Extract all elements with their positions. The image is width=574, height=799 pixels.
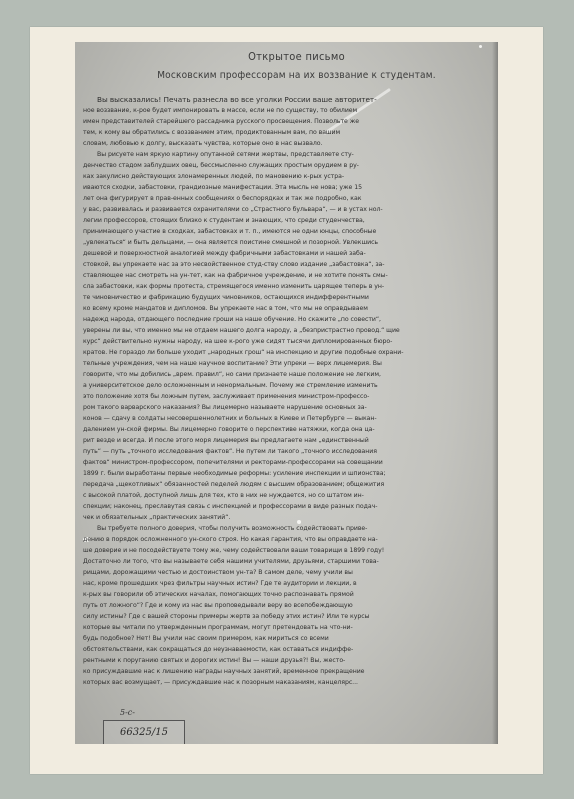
letter-line: далением ун-ской фирмы. Вы лицемерно гов… [83,424,493,435]
letter-line: Вы требуете полного доверия, чтобы получ… [83,523,493,534]
letter-line: к-рых вы говорили об этических началах, … [83,589,493,600]
document-subtitle: Московским профессорам на их воззвание к… [75,70,498,81]
letter-line: чек и обязательных „практических занятий… [83,512,493,523]
letter-line: Вы рисуете нам яркую картину опутанной с… [83,149,493,160]
letter-line: у вас, развивалась и развивается охранит… [83,204,493,215]
letter-line: ставляющее нас смотреть на ун-тет, как н… [83,270,493,281]
letter-line: которые вы читали по утвержденным програ… [83,622,493,633]
letter-line: словам, любовью к долгу, высказать чувст… [83,138,493,149]
letter-line: ше доверие и не посодействуете тому же, … [83,545,493,556]
letter-line: тем, к кому вы обратились с воззванием э… [83,127,493,138]
letter-line: легии профессоров, стоящих близко к студ… [83,215,493,226]
dust-speck [479,45,482,48]
letter-line: спекции; наконец, преславутая связь с ин… [83,501,493,512]
letter-line: обстоятельствами, как сокращаться до неу… [83,644,493,655]
letter-line: Достаточно ли того, что вы называете себ… [83,556,493,567]
letter-line: будь подобное? Нет! Вы учили нас своим п… [83,633,493,644]
letter-line: передача „щекотливых“ обязанностей педел… [83,479,493,490]
letter-line: денчество стадом заблудших овец, бессмыс… [83,160,493,171]
letter-line: силу истины? Где с вашей стороны примеры… [83,611,493,622]
letter-line: Вы высказались! Печать разнесла во все у… [83,94,493,105]
letter-line: это положение хотя бы ложным путем, засл… [83,391,493,402]
letter-line: рентными к поруганию святых и дорогих ис… [83,655,493,666]
letter-line: надежд народа, отдающего последние гроши… [83,314,493,325]
letter-line: рищами, дорожащими честью и достоинством… [83,567,493,578]
letter-line: путь от ложного“? Где и кому из нас вы п… [83,600,493,611]
letter-line: „увлекаться“ и быть дельцами, — она явля… [83,237,493,248]
letter-line: ром такого варварского наказания? Вы лиц… [83,402,493,413]
letter-line: фактов“ министром-профессором, попечител… [83,457,493,468]
archive-mark: 5-с- [120,708,135,717]
letter-line: ное воззвание, к-рое будет импонировать … [83,105,493,116]
letter-line: путь“ — путь „точного исследования факто… [83,446,493,457]
letter-line: тельные учреждения, чем на наше научное … [83,358,493,369]
letter-line: а университетское дело осложненным и нен… [83,380,493,391]
letter-line: которых вас возмущает, — присуждавшие на… [83,677,493,688]
document-photo: Открытое письмо Московским профессорам н… [75,42,498,744]
letter-line: рит везде и всегда. И после этого моря л… [83,435,493,446]
letter-line: курс“ действительно нужны народу, на шее… [83,336,493,347]
letter-line: конов — сдачу в солдаты несовершеннолетн… [83,413,493,424]
letter-line: ко всему кроме мандатов и дипломов. Вы у… [83,303,493,314]
letter-line: дению в порядок осложненного ун-ского ст… [83,534,493,545]
letter-line: стовкой, вы упрекаете нас за это несвойс… [83,259,493,270]
letter-line: дешевой и поверхностной аналогией между … [83,248,493,259]
letter-line: ко присуждавшие нас к лишению награды на… [83,666,493,677]
letter-line: сла забастовки, как формы протеста, стре… [83,281,493,292]
letter-line: уверены ли вы, что именно мы не отдаем н… [83,325,493,336]
letter-line: иваются сходки, забастовки, грандиозные … [83,182,493,193]
letter-line: нас, кроме прошедших чрез фильтры научны… [83,578,493,589]
archive-number-stamp: 66325/15 [103,720,185,744]
letter-line: с высокой платой, доступной лишь для тех… [83,490,493,501]
letter-body: Вы высказались! Печать разнесла во все у… [83,94,493,688]
letter-line: говорите, что мы добились „врем. правил“… [83,369,493,380]
letter-line: лет она фигурирует в прав-енных сообщени… [83,193,493,204]
letter-line: имен представителей старейшего рассадник… [83,116,493,127]
letter-line: ках закулисно действующих злонамеренных … [83,171,493,182]
letter-line: те чиновничество и фабрикацию будущих чи… [83,292,493,303]
letter-line: принимающего участие в сходках, забастов… [83,226,493,237]
letter-line: 1899 г. были выработаны первые необходим… [83,468,493,479]
document-title: Открытое письмо [75,50,498,63]
letter-line: кратов. Не гораздо ли больше уходит „нар… [83,347,493,358]
